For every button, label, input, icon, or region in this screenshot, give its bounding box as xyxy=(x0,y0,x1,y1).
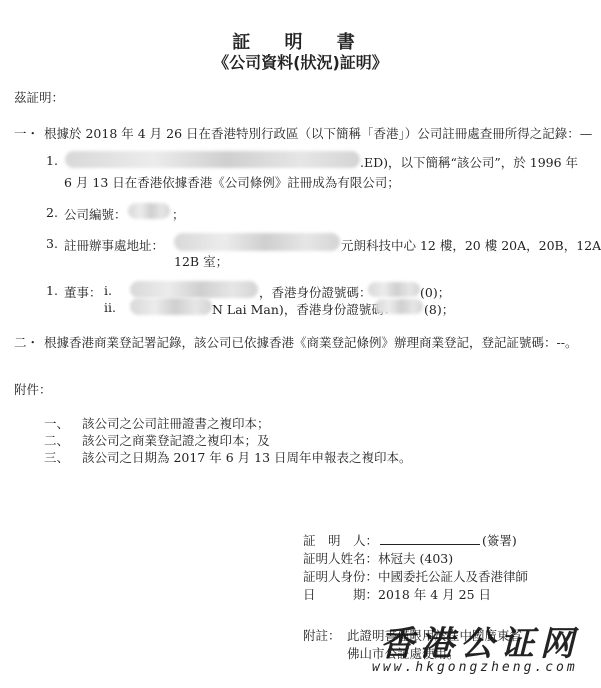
redacted-company-name xyxy=(65,151,360,168)
witness-suffix: (簽署) xyxy=(482,533,517,548)
date-row: 日 期：2018 年 4 月 25 日 xyxy=(303,585,491,603)
identity-label: 証明人身份： xyxy=(303,569,378,584)
item1-line1-tail: .ED)，以下簡稱“該公司”，於 1996 年 xyxy=(360,153,578,171)
director-1-id-tail: (0)； xyxy=(420,283,450,301)
redacted-address xyxy=(174,233,340,251)
note-label: 附註： xyxy=(303,626,341,644)
director-2-id-tail: (8)； xyxy=(424,300,454,318)
section1-text: 根據於 2018 年 4 月 26 日在香港特別行政區（以下簡稱「香港」）公司註… xyxy=(44,124,592,142)
identity-row: 証明人身份：中國委托公証人及香港律師 xyxy=(303,567,528,585)
director-2-tail: N Lai Man)，香港身份證號碼： xyxy=(212,300,396,318)
director-1-tail: ，香港身份證號碼： xyxy=(259,283,372,301)
redacted-company-number xyxy=(128,203,170,219)
watermark-logo-text: 香港公证网 xyxy=(380,616,580,665)
attachment-3-text: 該公司之日期為 2017 年 6 月 13 日周年申報表之複印本。 xyxy=(82,448,412,466)
redacted-director-1-id xyxy=(368,282,420,297)
director-2-index: ii. xyxy=(104,300,116,315)
name-label: 証明人姓名： xyxy=(303,551,378,566)
section1-number: 一・ xyxy=(14,124,39,142)
directors-label: 董事： xyxy=(64,283,102,301)
attachments-label: 附件： xyxy=(14,380,52,398)
attachment-3-number: 三、 xyxy=(44,448,69,466)
item1-line2: 6 月 13 日在香港依據香港《公司條例》註冊成為有限公司； xyxy=(64,173,400,191)
item3-line2: 12B 室； xyxy=(174,252,228,270)
document-subtitle: 《公司資料(狀況)証明》 xyxy=(0,50,601,73)
date-label: 日 期： xyxy=(303,587,378,602)
redacted-director-2-name xyxy=(130,298,212,315)
name-value: 林冠夫 (403) xyxy=(378,551,453,566)
redacted-director-2-id xyxy=(375,299,423,314)
item3-number: 3. xyxy=(46,236,58,251)
redacted-director-1-name xyxy=(130,281,258,298)
section2-number: 二・ xyxy=(14,333,39,351)
section2-text: 根據香港商業登記署記錄，該公司已依據香港《商業登記條例》辦理商業登記，登記証號碼… xyxy=(44,333,577,351)
signature-row: 証 明 人：(簽署) xyxy=(303,531,517,549)
attachment-1-text: 該公司之公司註冊證書之複印本； xyxy=(82,414,270,432)
signature-line xyxy=(380,533,480,545)
intro-text: 茲証明： xyxy=(14,88,64,106)
witness-label: 証 明 人： xyxy=(303,533,378,548)
attachment-1-number: 一、 xyxy=(44,414,69,432)
item3-address-tail: 元朗科技中心 12 樓，20 樓 20A，20B，12A， xyxy=(341,236,601,254)
item2-label: 公司編號： xyxy=(64,205,127,223)
attachment-2-text: 該公司之商業登記證之複印本；及 xyxy=(82,431,270,449)
identity-value: 中國委托公証人及香港律師 xyxy=(378,569,528,584)
name-row: 証明人姓名：林冠夫 (403) xyxy=(303,549,453,567)
watermark-url: www.hkgongzheng.com xyxy=(372,660,578,675)
directors-number: 1. xyxy=(46,283,58,298)
item2-tail: ； xyxy=(172,205,185,223)
item1-number: 1. xyxy=(46,153,58,168)
item3-label: 註冊辦事處地址： xyxy=(64,236,164,254)
attachment-2-number: 二、 xyxy=(44,431,69,449)
item2-number: 2. xyxy=(46,205,58,220)
director-1-index: i. xyxy=(104,283,112,298)
date-value: 2018 年 4 月 25 日 xyxy=(378,587,491,602)
